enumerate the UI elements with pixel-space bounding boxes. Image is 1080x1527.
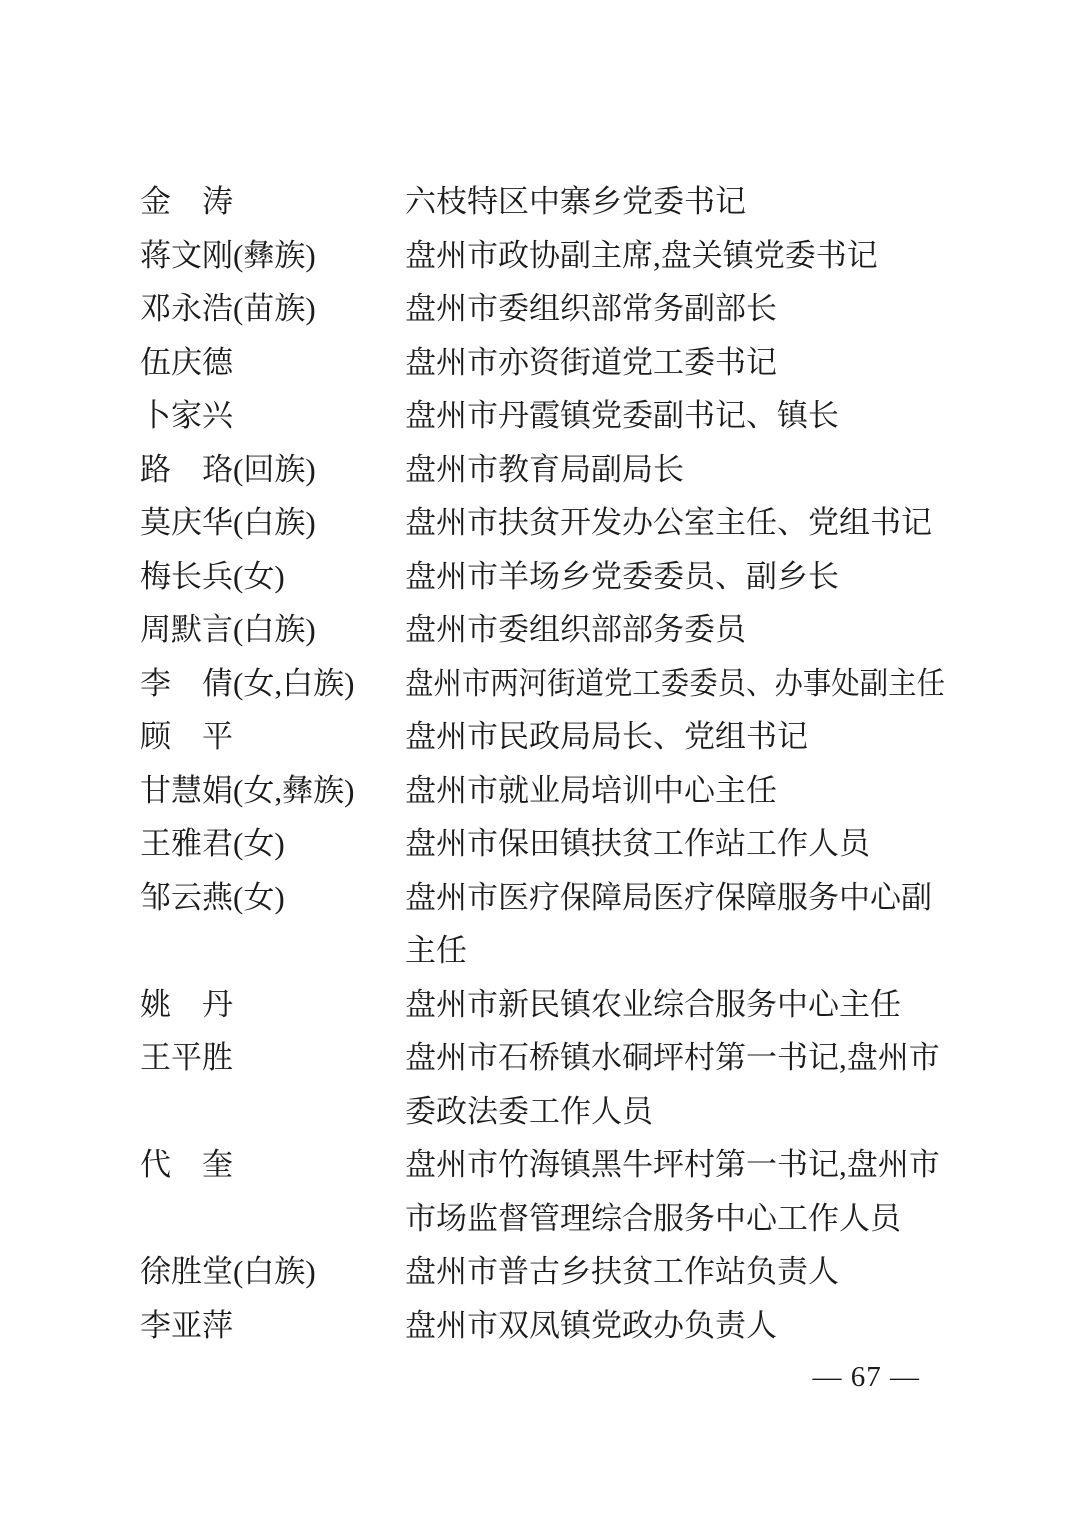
list-item: 卜家兴盘州市丹霞镇党委副书记、镇长 bbox=[140, 389, 945, 443]
person-name: 姚 丹 bbox=[140, 978, 405, 1032]
list-item: 金 涛六枝特区中寨乡党委书记 bbox=[140, 175, 945, 229]
list-item: 王雅君(女)盘州市保田镇扶贫工作站工作人员 bbox=[140, 817, 945, 871]
person-name: 王平胜 bbox=[140, 1031, 405, 1085]
person-position: 盘州市保田镇扶贫工作站工作人员 bbox=[405, 817, 945, 871]
list-item: 姚 丹盘州市新民镇农业综合服务中心主任 bbox=[140, 978, 945, 1032]
person-position: 盘州市教育局副局长 bbox=[405, 443, 945, 497]
person-position: 盘州市双凤镇党政办负责人 bbox=[405, 1299, 945, 1353]
person-position: 盘州市委组织部部务委员 bbox=[405, 603, 945, 657]
person-name: 徐胜堂(白族) bbox=[140, 1245, 405, 1299]
list-item: 顾 平盘州市民政局局长、党组书记 bbox=[140, 710, 945, 764]
person-name: 伍庆德 bbox=[140, 336, 405, 390]
position-text-line: 盘州市委组织部部务委员 bbox=[405, 603, 945, 657]
position-text-line: 盘州市扶贫开发办公室主任、党组书记 bbox=[405, 496, 945, 550]
person-position: 盘州市两河街道党工委委员、办事处副主任 bbox=[405, 657, 945, 711]
person-name: 李 倩(女,白族) bbox=[140, 657, 405, 711]
position-text-line: 盘州市两河街道党工委委员、办事处副主任 bbox=[405, 657, 900, 711]
person-name: 莫庆华(白族) bbox=[140, 496, 405, 550]
person-name: 金 涛 bbox=[140, 175, 405, 229]
list-item: 周默言(白族)盘州市委组织部部务委员 bbox=[140, 603, 945, 657]
person-name: 甘慧娟(女,彝族) bbox=[140, 764, 405, 818]
position-text-line: 盘州市羊场乡党委委员、副乡长 bbox=[405, 550, 945, 604]
position-text-line: 主任 bbox=[405, 924, 945, 978]
list-item: 邹云燕(女)盘州市医疗保障局医疗保障服务中心副主任 bbox=[140, 871, 945, 978]
person-name: 李亚萍 bbox=[140, 1299, 405, 1353]
position-text-line: 市场监督管理综合服务中心工作人员 bbox=[405, 1192, 945, 1246]
position-text-line: 盘州市丹霞镇党委副书记、镇长 bbox=[405, 389, 945, 443]
position-text-line: 盘州市保田镇扶贫工作站工作人员 bbox=[405, 817, 945, 871]
position-text-line: 盘州市医疗保障局医疗保障服务中心副 bbox=[405, 871, 945, 925]
person-position: 盘州市竹海镇黑牛坪村第一书记,盘州市市场监督管理综合服务中心工作人员 bbox=[405, 1138, 945, 1245]
person-name: 王雅君(女) bbox=[140, 817, 405, 871]
position-text-line: 盘州市委组织部常务副部长 bbox=[405, 282, 945, 336]
person-name: 梅长兵(女) bbox=[140, 550, 405, 604]
person-name: 邓永浩(苗族) bbox=[140, 282, 405, 336]
list-item: 路 珞(回族)盘州市教育局副局长 bbox=[140, 443, 945, 497]
person-name: 蒋文刚(彝族) bbox=[140, 229, 405, 283]
position-text-line: 盘州市政协副主席,盘关镇党委书记 bbox=[405, 229, 945, 283]
person-name: 卜家兴 bbox=[140, 389, 405, 443]
position-text-line: 盘州市石桥镇水硐坪村第一书记,盘州市 bbox=[405, 1031, 945, 1085]
list-item: 代 奎盘州市竹海镇黑牛坪村第一书记,盘州市市场监督管理综合服务中心工作人员 bbox=[140, 1138, 945, 1245]
position-text-line: 盘州市双凤镇党政办负责人 bbox=[405, 1299, 945, 1353]
recipient-list: 金 涛六枝特区中寨乡党委书记蒋文刚(彝族)盘州市政协副主席,盘关镇党委书记邓永浩… bbox=[140, 175, 945, 1352]
list-item: 蒋文刚(彝族)盘州市政协副主席,盘关镇党委书记 bbox=[140, 229, 945, 283]
person-position: 盘州市普古乡扶贫工作站负责人 bbox=[405, 1245, 945, 1299]
document-page: 金 涛六枝特区中寨乡党委书记蒋文刚(彝族)盘州市政协副主席,盘关镇党委书记邓永浩… bbox=[0, 0, 1080, 1527]
person-position: 盘州市亦资街道党工委书记 bbox=[405, 336, 945, 390]
person-position: 盘州市政协副主席,盘关镇党委书记 bbox=[405, 229, 945, 283]
person-name: 邹云燕(女) bbox=[140, 871, 405, 925]
list-item: 李亚萍盘州市双凤镇党政办负责人 bbox=[140, 1299, 945, 1353]
position-text-line: 盘州市普古乡扶贫工作站负责人 bbox=[405, 1245, 945, 1299]
person-position: 盘州市医疗保障局医疗保障服务中心副主任 bbox=[405, 871, 945, 978]
position-text-line: 盘州市就业局培训中心主任 bbox=[405, 764, 945, 818]
person-position: 盘州市委组织部常务副部长 bbox=[405, 282, 945, 336]
person-position: 六枝特区中寨乡党委书记 bbox=[405, 175, 945, 229]
position-text-line: 盘州市教育局副局长 bbox=[405, 443, 945, 497]
person-position: 盘州市新民镇农业综合服务中心主任 bbox=[405, 978, 945, 1032]
list-item: 伍庆德盘州市亦资街道党工委书记 bbox=[140, 336, 945, 390]
position-text-line: 盘州市新民镇农业综合服务中心主任 bbox=[405, 978, 945, 1032]
list-item: 梅长兵(女)盘州市羊场乡党委委员、副乡长 bbox=[140, 550, 945, 604]
position-text-line: 六枝特区中寨乡党委书记 bbox=[405, 175, 945, 229]
page-number: — 67 — bbox=[813, 1351, 921, 1404]
person-position: 盘州市丹霞镇党委副书记、镇长 bbox=[405, 389, 945, 443]
person-position: 盘州市石桥镇水硐坪村第一书记,盘州市委政法委工作人员 bbox=[405, 1031, 945, 1138]
person-position: 盘州市羊场乡党委委员、副乡长 bbox=[405, 550, 945, 604]
position-text-line: 盘州市民政局局长、党组书记 bbox=[405, 710, 945, 764]
position-text-line: 委政法委工作人员 bbox=[405, 1085, 945, 1139]
list-item: 莫庆华(白族)盘州市扶贫开发办公室主任、党组书记 bbox=[140, 496, 945, 550]
person-name: 顾 平 bbox=[140, 710, 405, 764]
list-item: 甘慧娟(女,彝族)盘州市就业局培训中心主任 bbox=[140, 764, 945, 818]
list-item: 王平胜盘州市石桥镇水硐坪村第一书记,盘州市委政法委工作人员 bbox=[140, 1031, 945, 1138]
person-name: 路 珞(回族) bbox=[140, 443, 405, 497]
person-position: 盘州市扶贫开发办公室主任、党组书记 bbox=[405, 496, 945, 550]
list-item: 李 倩(女,白族)盘州市两河街道党工委委员、办事处副主任 bbox=[140, 657, 945, 711]
list-item: 邓永浩(苗族)盘州市委组织部常务副部长 bbox=[140, 282, 945, 336]
person-name: 周默言(白族) bbox=[140, 603, 405, 657]
list-item: 徐胜堂(白族)盘州市普古乡扶贫工作站负责人 bbox=[140, 1245, 945, 1299]
position-text-line: 盘州市亦资街道党工委书记 bbox=[405, 336, 945, 390]
person-position: 盘州市就业局培训中心主任 bbox=[405, 764, 945, 818]
position-text-line: 盘州市竹海镇黑牛坪村第一书记,盘州市 bbox=[405, 1138, 945, 1192]
person-name: 代 奎 bbox=[140, 1138, 405, 1192]
person-position: 盘州市民政局局长、党组书记 bbox=[405, 710, 945, 764]
